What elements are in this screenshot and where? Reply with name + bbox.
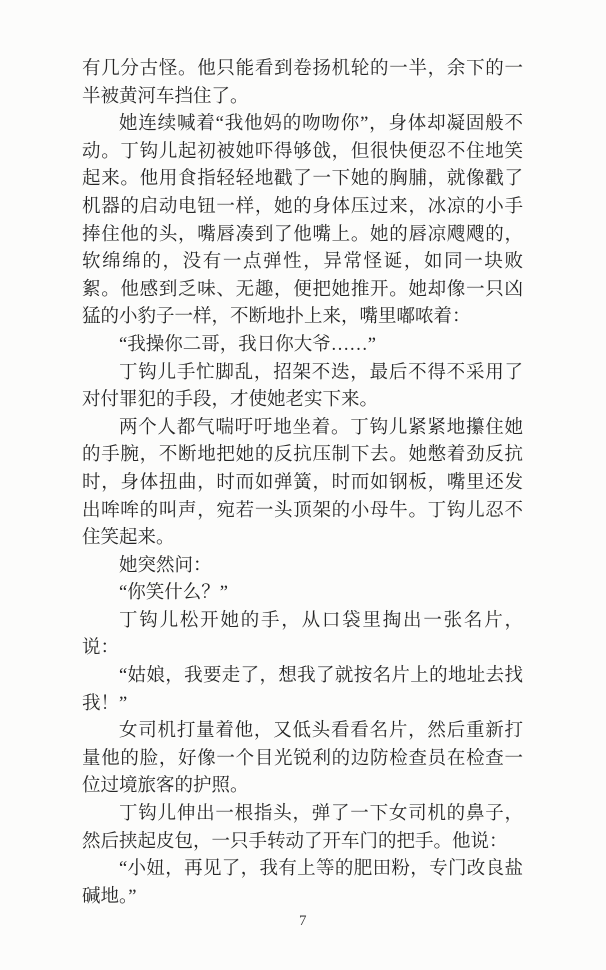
text-block: 有几分古怪。他只能看到卷扬机轮的一半，余下的一半被黄河车挡住了。她连续喊着“我他… (82, 56, 523, 911)
paragraph: 丁钩儿松开她的手，从口袋里掏出一张名片，说： (82, 608, 523, 663)
paragraph: 丁钩儿伸出一根指头，弹了一下女司机的鼻子，然后挟起皮包，一只手转动了开车门的把手… (82, 801, 523, 856)
page-number: 7 (0, 913, 606, 930)
paragraph: 她突然问： (82, 553, 523, 581)
paragraph: 两个人都气喘吁吁地坐着。丁钩儿紧紧地攥住她的手腕，不断地把她的反抗压制下去。她憋… (82, 415, 523, 553)
paragraph: 有几分古怪。他只能看到卷扬机轮的一半，余下的一半被黄河车挡住了。 (82, 56, 523, 111)
book-page: 有几分古怪。他只能看到卷扬机轮的一半，余下的一半被黄河车挡住了。她连续喊着“我他… (0, 0, 606, 970)
paragraph: “姑娘，我要走了，想我了就按名片上的地址去找我！” (82, 663, 523, 718)
paragraph: 女司机打量着他，又低头看看名片，然后重新打量他的脸，好像一个目光锐利的边防检查员… (82, 718, 523, 801)
paragraph: 她连续喊着“我他妈的吻吻你”，身体却凝固般不动。丁钩儿起初被她吓得够戗，但很快便… (82, 111, 523, 332)
paragraph: “小妞，再见了，我有上等的肥田粉，专门改良盐碱地。” (82, 856, 523, 911)
paragraph: 丁钩儿手忙脚乱，招架不迭，最后不得不采用了对付罪犯的手段，才使她老实下来。 (82, 360, 523, 415)
paragraph: “我操你二哥，我日你大爷……” (82, 332, 523, 360)
paragraph: “你笑什么？” (82, 580, 523, 608)
